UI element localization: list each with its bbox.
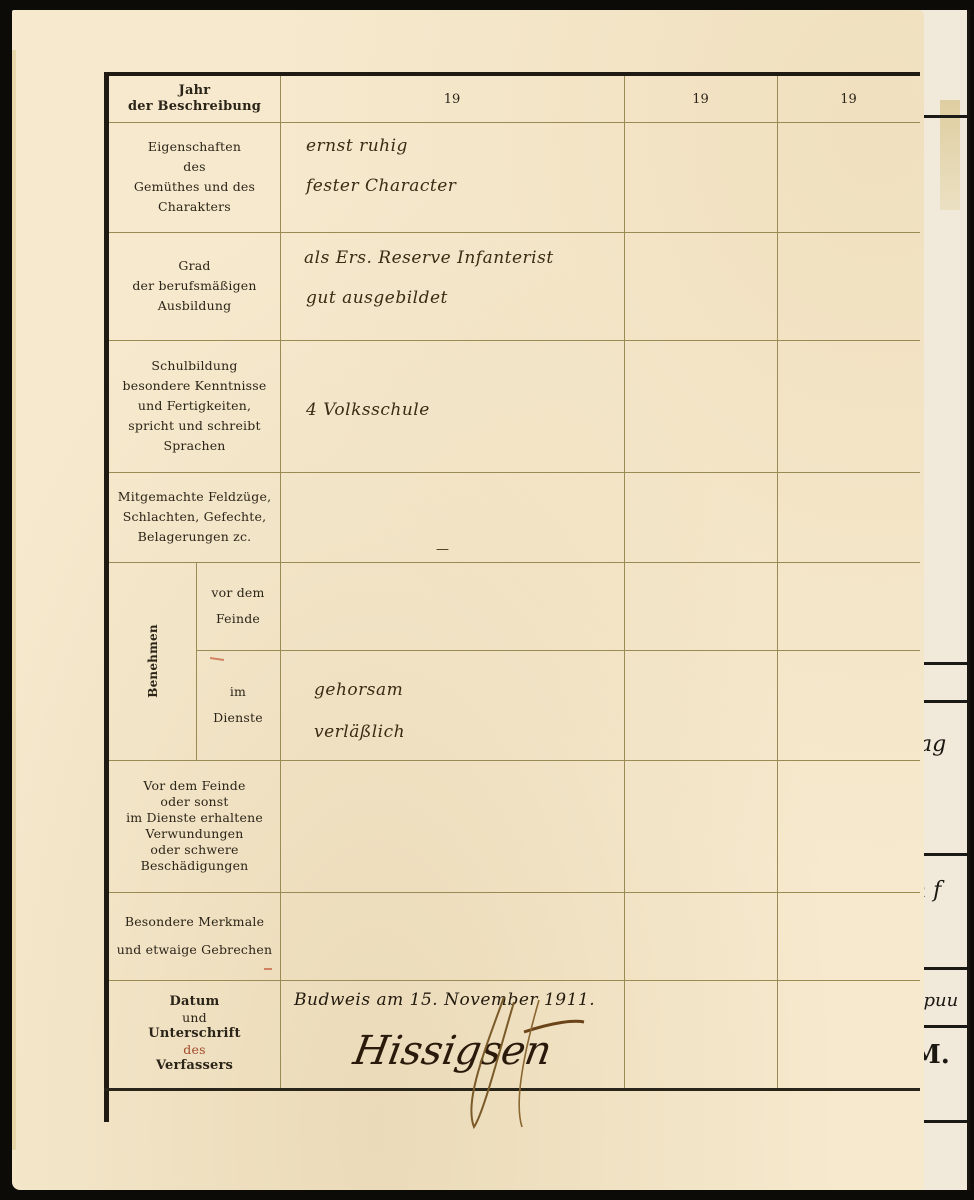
handwritten-entry: 4 Volksschule	[306, 400, 430, 420]
row-label-line: Charakters	[158, 197, 231, 217]
handwritten-dash: —	[436, 542, 450, 557]
red-ink-mark	[264, 968, 272, 970]
row-label-line: und etwaige Gebrechen	[117, 936, 272, 964]
row-label-in-service: im Dienste	[196, 650, 280, 760]
handwritten-entry: gut ausgebildet	[306, 288, 448, 308]
column-divider	[777, 76, 778, 1088]
row-label-line: und Fertigkeiten,	[138, 396, 251, 416]
row-label-campaigns: Mitgemachte Feldzüge, Schlachten, Gefech…	[109, 472, 280, 562]
qualification-table: Jahr der Beschreibung 19 19 19 Eigenscha…	[104, 72, 920, 1100]
year-value: 19	[692, 92, 709, 107]
handwritten-entry: als Ers. Reserve Infanterist	[304, 248, 554, 268]
row-label-line: des	[183, 157, 205, 177]
row-label-line: und	[182, 1010, 207, 1026]
year-column-3: 19	[777, 76, 920, 122]
row-label-line: im Dienste erhaltene	[126, 810, 263, 826]
row-label-line: oder schwere	[150, 842, 238, 858]
row-label-line: Grad	[178, 256, 210, 276]
row-label-line: Eigenschaften	[148, 137, 241, 157]
row-label-wounds: Vor dem Feinde oder sonst im Dienste erh…	[109, 760, 280, 892]
row-label-line: Datum	[170, 994, 220, 1010]
row-label-line: vor dem	[211, 580, 264, 606]
page-edge-stain	[12, 50, 16, 1150]
row-label-line: Besondere Merkmale	[125, 908, 264, 936]
row-label-character: Eigenschaften des Gemüthes und des Chara…	[109, 122, 280, 232]
header-label: Jahr der Beschreibung	[109, 76, 280, 122]
handwritten-entry: verläßlich	[314, 722, 405, 742]
handwritten-entry: fester Character	[306, 176, 456, 196]
row-label-before-enemy: vor dem Feinde	[196, 562, 280, 650]
row-label-line: Beschädigungen	[141, 858, 249, 874]
row-label-training: Grad der berufsmäßigen Ausbildung	[109, 232, 280, 340]
row-label-line: Unterschrift	[148, 1026, 240, 1042]
row-label-line: Belagerungen zc.	[138, 527, 252, 547]
row-label-line: der berufsmäßigen	[132, 276, 256, 296]
row-label-line: Ausbildung	[158, 296, 232, 316]
row-label-line: Schlachten, Gefechte,	[123, 507, 267, 527]
handwritten-entry: ernst ruhig	[306, 136, 408, 156]
header-label-line: Jahr	[179, 83, 211, 99]
row-label-distinguishing-marks: Besondere Merkmale und etwaige Gebrechen	[109, 892, 280, 980]
row-label-line: im	[230, 679, 246, 705]
column-divider	[280, 76, 281, 1088]
year-column-1: 19	[280, 76, 624, 122]
year-value: 19	[840, 92, 857, 107]
row-divider	[196, 650, 920, 651]
header-label-line: der Beschreibung	[128, 99, 261, 115]
row-label-line: des	[183, 1042, 205, 1058]
row-label-line: spricht und schreibt	[128, 416, 260, 436]
row-label-line: Dienste	[213, 705, 263, 731]
row-label-line: oder sonst	[160, 794, 228, 810]
year-value: 19	[444, 92, 461, 107]
row-label-line: Verfassers	[156, 1058, 233, 1074]
row-label-education: Schulbildung besondere Kenntnisse und Fe…	[109, 340, 280, 472]
row-label-line: Feinde	[216, 606, 260, 632]
rotated-label: Benehmen	[143, 624, 163, 698]
row-label-line: Schulbildung	[151, 356, 237, 376]
row-label-date-signature: Datum und Unterschrift des Verfassers	[109, 980, 280, 1088]
row-label-line: Sprachen	[163, 436, 225, 456]
signature-flourish-icon	[444, 992, 594, 1132]
row-label-line: Verwundungen	[145, 826, 243, 842]
group-label-behaviour: Benehmen	[109, 562, 196, 760]
year-column-2: 19	[624, 76, 777, 122]
row-label-line: Gemüthes und des	[134, 177, 255, 197]
row-label-line: Vor dem Feinde	[143, 778, 245, 794]
handwritten-entry: gehorsam	[314, 680, 403, 700]
document-page: Jahr der Beschreibung 19 19 19 Eigenscha…	[12, 10, 924, 1190]
column-divider	[624, 76, 625, 1088]
row-label-line: Mitgemachte Feldzüge,	[118, 487, 272, 507]
row-label-line: besondere Kenntnisse	[123, 376, 267, 396]
